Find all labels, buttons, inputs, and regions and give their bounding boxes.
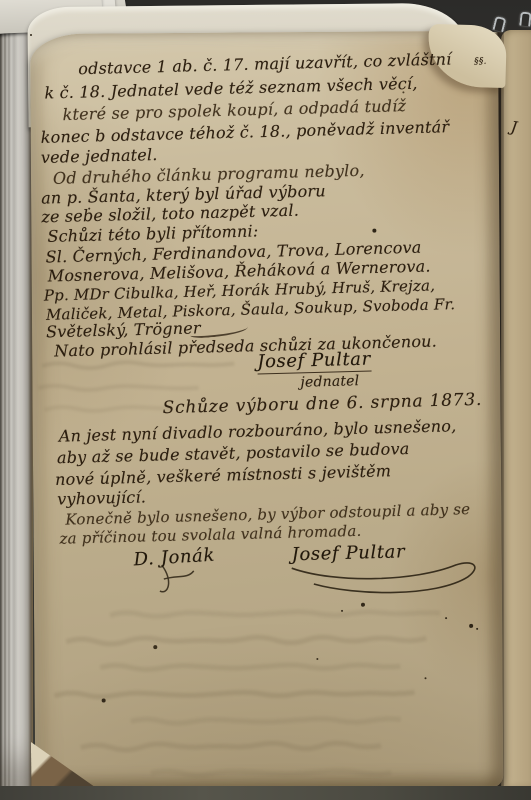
- signature-flourish: [154, 561, 214, 601]
- manuscript-line: vyhovující.: [57, 487, 146, 508]
- metal-clip-icon: [519, 11, 531, 26]
- bleedthrough-ink: [40, 603, 497, 800]
- ink-specks: [30, 34, 32, 36]
- manuscript-photo: J odstavce 1 ab. č. 17. mají uzavřít, co…: [0, 0, 531, 800]
- bleedthrough-ink: [34, 352, 254, 424]
- signature-secretary-title: jednatel: [300, 373, 359, 391]
- metal-clip-icon: [492, 16, 506, 32]
- margin-note: §§.: [474, 57, 487, 67]
- signature-flourish: [286, 553, 486, 604]
- signature-secretary-name: Josef Pultar: [257, 349, 371, 375]
- manuscript-page: odstavce 1 ab. č. 17. mají uzavřít, co z…: [30, 31, 503, 790]
- manuscript-line: vede jednatel.: [41, 145, 158, 167]
- adjacent-page: [501, 30, 531, 788]
- table-surface: [0, 786, 531, 800]
